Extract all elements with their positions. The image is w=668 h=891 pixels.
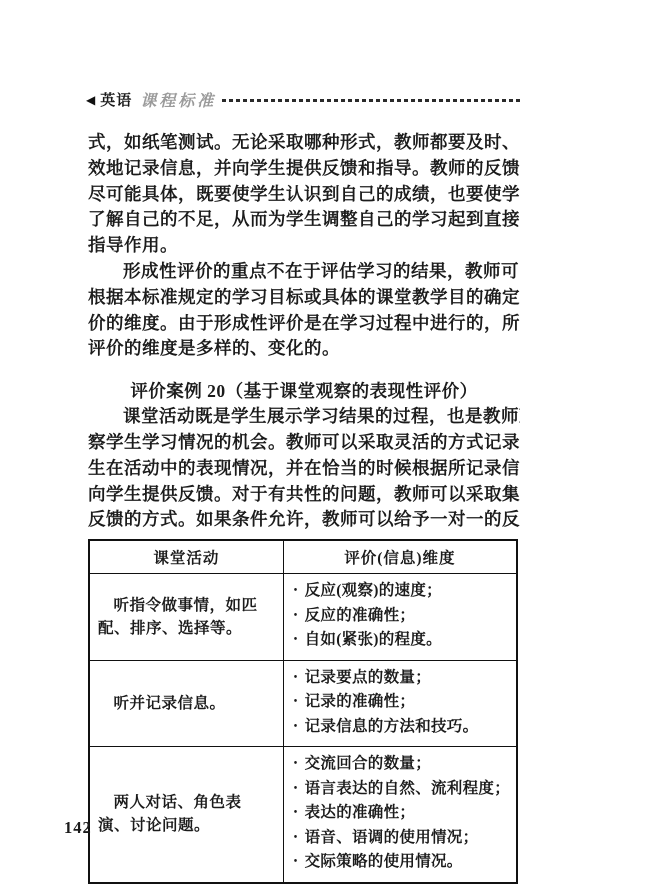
- header-series-label: 英语: [100, 89, 132, 110]
- list-item: •交流回合的数量；: [294, 753, 510, 778]
- paragraph-formative-evaluation: 形成性评价的重点不在于评估学习的结果，教师可以 根据本标准规定的学习目标或具体的…: [88, 259, 520, 362]
- list-item: •交际策略的使用情况。: [294, 851, 510, 876]
- table-row: 听并记录信息。 •记录要点的数量； •记录的准确性； •记录信息的方法和技巧。: [89, 660, 517, 747]
- bullet-icon: •: [294, 716, 298, 739]
- text-line: 效地记录信息，并向学生提供反馈和指导。教师的反馈应: [88, 156, 520, 182]
- activity-cell: 两人对话、角色表演、讨论问题。: [89, 747, 283, 883]
- text-line: 生在活动中的表现情况，并在恰当的时候根据所记录信息: [88, 456, 520, 482]
- header-book-title: 课程标准: [140, 88, 216, 111]
- table-row: 两人对话、角色表演、讨论问题。 •交流回合的数量； •语言表达的自然、流利程度；…: [89, 747, 517, 883]
- page-number: 142: [64, 818, 92, 838]
- list-item: •语言表达的自然、流利程度；: [294, 778, 510, 803]
- paragraph-feedback: 式，如纸笔测试。无论采取哪种形式，教师都要及时、有 效地记录信息，并向学生提供反…: [88, 130, 520, 259]
- text-line: 向学生提供反馈。对于有共性的问题，教师可以采取集体: [88, 482, 520, 508]
- dimension-text: 反应(观察)的速度；: [305, 580, 442, 603]
- bullet-icon: •: [294, 827, 298, 850]
- dimensions-cell: •交流回合的数量； •语言表达的自然、流利程度； •表达的准确性； •语音、语调…: [283, 747, 517, 883]
- left-triangle-icon: ◀: [86, 94, 95, 106]
- bullet-icon: •: [294, 753, 298, 776]
- bullet-icon: •: [294, 629, 298, 652]
- text-line: 评价的维度是多样的、变化的。: [88, 336, 520, 362]
- paragraph-classroom-activity: 课堂活动既是学生展示学习结果的过程，也是教师观 察学生学习情况的机会。教师可以采…: [88, 404, 520, 533]
- activity-cell: 听指令做事情，如匹配、排序、选择等。: [89, 574, 283, 661]
- bullet-icon: •: [294, 851, 298, 874]
- dimension-text: 记录信息的方法和技巧。: [305, 716, 479, 739]
- dimensions-cell: •记录要点的数量； •记录的准确性； •记录信息的方法和技巧。: [283, 660, 517, 747]
- running-header: ◀ 英语 课程标准: [86, 88, 522, 111]
- text-line: 式，如纸笔测试。无论采取哪种形式，教师都要及时、有: [88, 130, 520, 156]
- dimension-text: 表达的准确性；: [305, 802, 416, 825]
- text-line: 察学生学习情况的机会。教师可以采取灵活的方式记录学: [88, 430, 520, 456]
- evaluation-table: 课堂活动 评价(信息)维度 听指令做事情，如匹配、排序、选择等。 •反应(观察)…: [88, 539, 518, 884]
- text-line: 课堂活动既是学生展示学习结果的过程，也是教师观: [88, 404, 520, 430]
- dimension-list: •记录要点的数量； •记录的准确性； •记录信息的方法和技巧。: [294, 667, 510, 741]
- bullet-icon: •: [294, 580, 298, 603]
- bullet-icon: •: [294, 778, 298, 801]
- dimension-text: 交际策略的使用情况。: [305, 851, 463, 874]
- list-item: •记录信息的方法和技巧。: [294, 716, 510, 741]
- text-line: 价的维度。由于形成性评价是在学习过程中进行的，所以: [88, 311, 520, 337]
- page-content: 式，如纸笔测试。无论采取哪种形式，教师都要及时、有 效地记录信息，并向学生提供反…: [88, 130, 520, 884]
- list-item: •表达的准确性；: [294, 802, 510, 827]
- bullet-icon: •: [294, 605, 298, 628]
- header-dotted-rule: [222, 99, 522, 102]
- book-page: ◀ 英语 课程标准 式，如纸笔测试。无论采取哪种形式，教师都要及时、有 效地记录…: [0, 0, 668, 891]
- dimension-text: 交流回合的数量；: [305, 753, 431, 776]
- bullet-icon: •: [294, 691, 298, 714]
- dimensions-cell: •反应(观察)的速度； •反应的准确性； •自如(紧张)的程度。: [283, 574, 517, 661]
- dimension-text: 语言表达的自然、流利程度；: [305, 778, 510, 801]
- activity-cell: 听并记录信息。: [89, 660, 283, 747]
- dimension-list: •反应(观察)的速度； •反应的准确性； •自如(紧张)的程度。: [294, 580, 510, 654]
- list-item: •反应的准确性；: [294, 605, 510, 630]
- dimension-text: 记录的准确性；: [305, 691, 416, 714]
- dimension-text: 反应的准确性；: [305, 605, 416, 628]
- text-line: 根据本标准规定的学习目标或具体的课堂教学目的确定评: [88, 285, 520, 311]
- text-line: 反馈的方式。如果条件允许，教师可以给予一对一的反馈。: [88, 507, 520, 533]
- table-header-row: 课堂活动 评价(信息)维度: [89, 540, 517, 574]
- column-header-dimensions: 评价(信息)维度: [283, 540, 517, 574]
- bullet-icon: •: [294, 802, 298, 825]
- text-line: 指导作用。: [88, 233, 520, 259]
- column-header-activity: 课堂活动: [89, 540, 283, 574]
- bullet-icon: •: [294, 667, 298, 690]
- text-line: 了解自己的不足，从而为学生调整自己的学习起到直接的: [88, 207, 520, 233]
- text-line: 形成性评价的重点不在于评估学习的结果，教师可以: [88, 259, 520, 285]
- text-line: 尽可能具体，既要使学生认识到自己的成绩，也要使学生: [88, 182, 520, 208]
- dimension-text: 记录要点的数量；: [305, 667, 431, 690]
- dimension-list: •交流回合的数量； •语言表达的自然、流利程度； •表达的准确性； •语音、语调…: [294, 753, 510, 876]
- list-item: •语音、语调的使用情况；: [294, 827, 510, 852]
- list-item: •反应(观察)的速度；: [294, 580, 510, 605]
- dimension-text: 语音、语调的使用情况；: [305, 827, 479, 850]
- case-heading: 评价案例 20（基于课堂观察的表现性评价）: [88, 378, 520, 404]
- table-row: 听指令做事情，如匹配、排序、选择等。 •反应(观察)的速度； •反应的准确性； …: [89, 574, 517, 661]
- dimension-text: 自如(紧张)的程度。: [305, 629, 442, 652]
- list-item: •自如(紧张)的程度。: [294, 629, 510, 654]
- list-item: •记录的准确性；: [294, 691, 510, 716]
- list-item: •记录要点的数量；: [294, 667, 510, 692]
